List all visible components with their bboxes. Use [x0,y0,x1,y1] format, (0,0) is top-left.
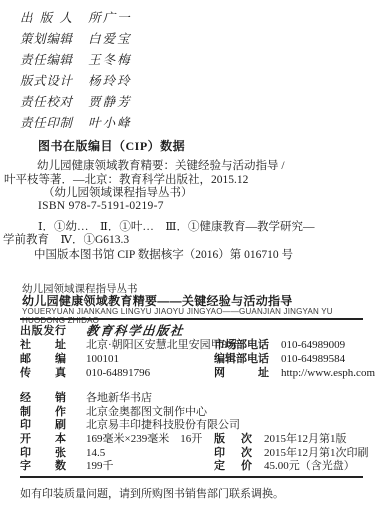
info-value-editorial-phone: 010-64989584 [281,352,367,366]
staff-row-proofreader: 责任校对 贾静芳 [20,92,132,113]
info-value-production: 北京金奥都图文制作中心 [86,406,214,420]
info-row-sheets-impression: 印张 14.5 印次 2015年12月第1次印刷 [20,447,367,461]
info-value-postcode: 100101 [86,352,214,366]
staff-row-publisher: 出版人 所广一 [20,8,132,29]
cip-classification-line-1: Ⅰ．①幼… Ⅱ．①叶… Ⅲ．①健康教育—教学研究— [38,221,314,234]
info-row-wordcount-price: 字数 199千 定价 45.00元（含光盘） [20,460,367,474]
info-label-blank [214,406,252,420]
info-value-blank [264,406,367,420]
info-label-wordcount: 字数 [20,460,66,474]
info-row-publisher: 出版发行 教育科学出版社 [20,324,367,338]
info-row-format-edition: 开本 169毫米×239毫米 16开 版次 2015年12月第1版 [20,433,367,447]
cip-record-number-line: 中国版本图书馆 CIP 数据核字（2016）第 016710 号 [34,249,293,262]
staff-value: 王冬梅 [88,50,132,71]
info-value-market-phone: 010-64989009 [281,338,367,352]
info-value-printing: 北京易丰印捷科技股份有限公司 [86,419,214,433]
info-row-postcode: 邮编 100101 编辑部电话 010-64989584 [20,352,367,366]
staff-value: 贾静芳 [88,92,132,113]
cip-header: 图书在版编目（CIP）数据 [38,137,185,154]
staff-label: 版式设计 [20,71,72,92]
info-value-blank [264,392,367,406]
staff-row-layout-designer: 版式设计 杨玲玲 [20,71,132,92]
info-value-blank [281,324,367,338]
staff-row-planning-editor: 策划编辑 白爱宝 [20,29,132,50]
info-value-fax: 010-64891796 [86,366,214,380]
info-value-address: 北京·朝阳区安慧北里安园甲9号 [86,338,214,352]
staff-label: 责任印制 [20,113,72,134]
info-label-format: 开本 [20,433,66,447]
cip-series-line: （幼儿园领域课程指导丛书） [43,187,193,200]
info-label-printing: 印刷 [20,419,66,433]
staff-row-responsible-editor: 责任编辑 王冬梅 [20,50,132,71]
info-label-blank [214,419,252,433]
publisher-logotype: 教育科学出版社 [85,324,184,338]
info-value-sheets: 14.5 [86,447,214,461]
info-label-postcode: 邮编 [20,352,66,366]
info-label-edition: 版次 [214,433,252,447]
info-row-printing-company: 印刷 北京易丰印捷科技股份有限公司 [20,419,367,433]
info-value-wordcount: 199千 [86,460,214,474]
cip-author-line: 叶平枝等著．—北京：教育科学出版社，2015.12 [4,174,248,187]
publisher-info-table: 出版发行 教育科学出版社 社址 北京·朝阳区安慧北里安园甲9号 市场部电话 01… [20,324,367,380]
quality-notice: 如有印装质量问题，请到所购图书销售部门联系调换。 [20,485,284,501]
cip-title-line: 幼儿园健康领域教育精要：关键经验与活动指导 / [37,160,285,173]
cip-isbn-line: ISBN 978-7-5191-0219-7 [38,200,164,213]
divider-bottom [20,476,363,478]
printing-info-table: 经销 各地新华书店 制作 北京金奥都图文制作中心 印刷 北京易丰印捷科技股份有限… [20,392,367,474]
info-label-production: 制作 [20,406,66,420]
copyright-page: 出版人 所广一 策划编辑 白爱宝 责任编辑 王冬梅 版式设计 杨玲玲 责任校对 … [0,0,375,521]
staff-label: 责任编辑 [20,50,72,71]
info-value-distribution: 各地新华书店 [86,392,214,406]
info-label-sheets: 印张 [20,447,66,461]
info-value-price: 45.00元（含光盘） [264,460,367,474]
info-value-website-url: http://www.esph.com.cn [281,366,375,380]
staff-value: 杨玲玲 [88,71,132,92]
info-value-blank [264,419,367,433]
info-value-edition: 2015年12月第1版 [264,433,367,447]
info-label-price: 定价 [214,460,252,474]
staff-row-print-supervisor: 责任印制 叶小峰 [20,113,132,134]
staff-value: 白爱宝 [88,29,132,50]
staff-label: 出版人 [20,8,72,29]
info-label-blank [214,392,252,406]
staff-label: 策划编辑 [20,29,72,50]
info-value-impression: 2015年12月第1次印刷 [264,447,369,461]
info-label-distribution: 经销 [20,392,66,406]
info-row-fax: 传真 010-64891796 网址 http://www.esph.com.c… [20,366,367,380]
book-title-pinyin: YOUERYUAN JIANKANG LINGYU JIAOYU JINGYAO… [22,307,375,325]
staff-label: 责任校对 [20,92,72,113]
info-label-market-phone: 市场部电话 [214,338,269,352]
editorial-staff-block: 出版人 所广一 策划编辑 白爱宝 责任编辑 王冬梅 版式设计 杨玲玲 责任校对 … [20,8,132,134]
info-row-address: 社址 北京·朝阳区安慧北里安园甲9号 市场部电话 010-64989009 [20,338,367,352]
info-row-distribution: 经销 各地新华书店 [20,392,367,406]
staff-value: 叶小峰 [88,113,132,134]
info-label-editorial-phone: 编辑部电话 [214,352,269,366]
info-label-blank [214,324,269,338]
info-label-fax: 传真 [20,366,66,380]
info-label-publish-distribute: 出版发行 [20,324,66,338]
info-label-address: 社址 [20,338,66,352]
staff-value: 所广一 [88,8,132,29]
info-row-production: 制作 北京金奥都图文制作中心 [20,406,367,420]
divider-top [20,318,363,320]
info-value-format: 169毫米×239毫米 16开 [86,433,214,447]
info-label-impression: 印次 [214,447,252,461]
info-label-website: 网址 [214,366,269,380]
cip-classification-line-2: 学前教育 Ⅳ．①G613.3 [3,234,129,247]
